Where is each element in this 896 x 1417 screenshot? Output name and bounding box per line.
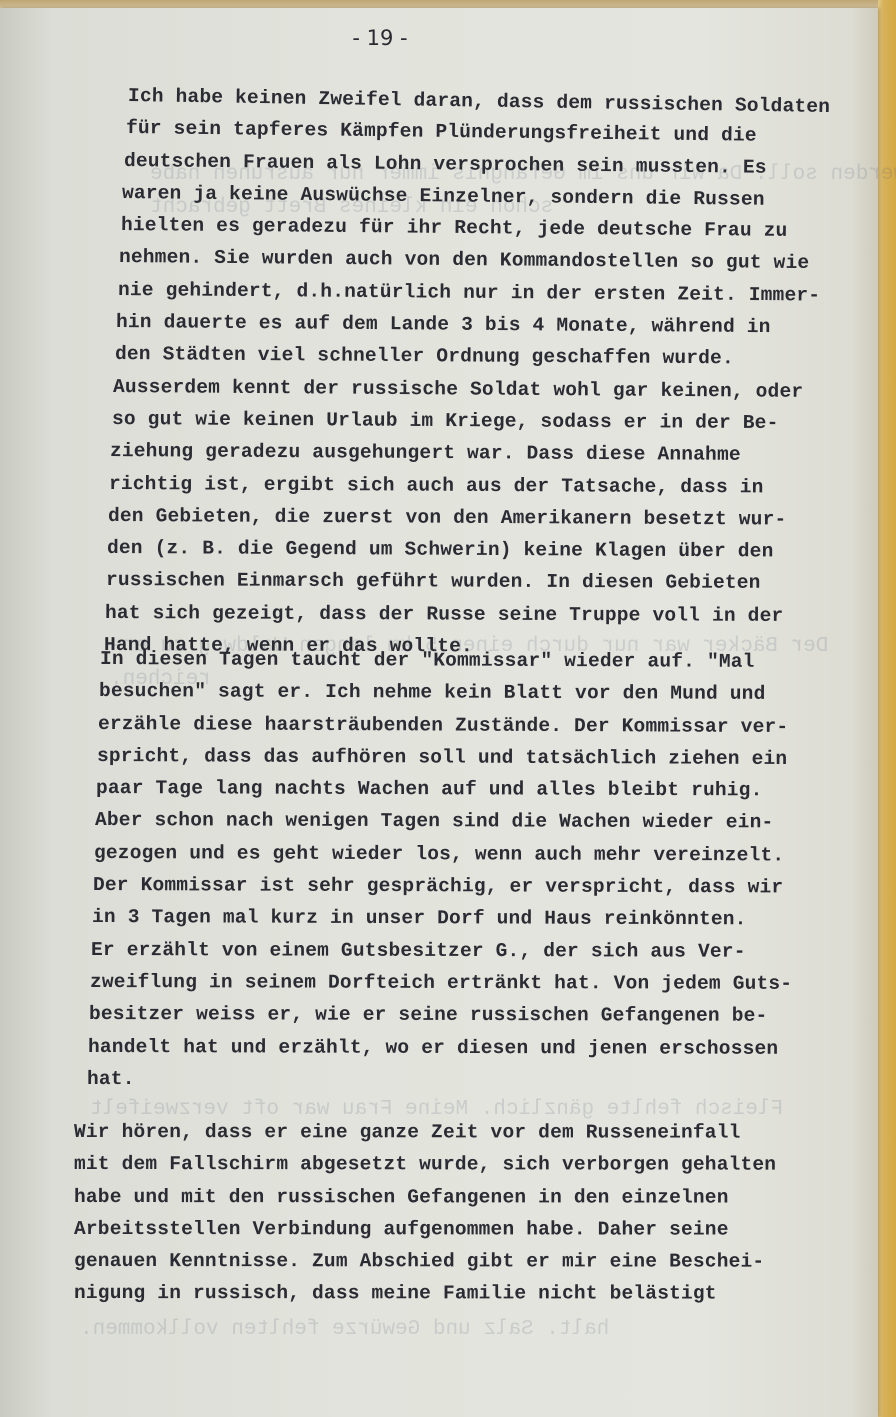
- text-line: erzähle diese haarsträubenden Zustände. …: [98, 708, 800, 743]
- bleed-through-line: halt. Salz und Gewürze fehlten vollkomme…: [80, 1313, 609, 1346]
- text-line: nigung in russisch, dass meine Familie n…: [74, 1277, 776, 1310]
- text-line: zweiflung in seinem Dorfteich ertränkt h…: [90, 966, 792, 1000]
- text-line: handelt hat und erzählt, wo er diesen un…: [88, 1031, 790, 1065]
- text-line: hat.: [87, 1063, 789, 1097]
- text-line: Wir hören, dass er eine ganze Zeit vor d…: [74, 1116, 776, 1149]
- text-line: hat sich gezeigt, dass der Russe seine T…: [105, 597, 807, 632]
- text-line: Der Kommissar ist sehr gesprächig, er ve…: [93, 869, 795, 904]
- text-line: mit dem Fallschirm abgesetzt wurde, sich…: [74, 1148, 776, 1181]
- text-line: russischen Einmarsch geführt wurden. In …: [106, 564, 808, 599]
- folder-edge: [878, 0, 896, 1417]
- text-line: richtig ist, ergibt sich auch aus der Ta…: [109, 468, 811, 504]
- text-line: Ausserdem kennt der russische Soldat woh…: [113, 371, 815, 408]
- text-line: ziehung geradezu ausgehungert war. Dass …: [110, 435, 812, 472]
- text-line: den (z. B. die Gegend um Schwerin) keine…: [107, 532, 809, 568]
- text-line: besuchen" sagt er. Ich nehme kein Blatt …: [99, 675, 801, 710]
- text-line: Arbeitsstellen Verbindung aufgenommen ha…: [74, 1213, 776, 1246]
- text-line: den Städten viel schneller Ordnung gesch…: [115, 338, 817, 375]
- text-line: besitzer weiss er, wie er seine russisch…: [89, 998, 791, 1032]
- text-line: spricht, dass das aufhören soll und tats…: [97, 740, 799, 775]
- paragraph: Wir hören, dass er eine ganze Zeit vor d…: [74, 1116, 776, 1310]
- paragraph: In diesen Tagen taucht der "Kommissar" w…: [100, 643, 802, 1095]
- page-number: - 19 -: [0, 26, 760, 50]
- typewritten-page: werden soll. Da wir uns im Gefängnis imm…: [0, 8, 878, 1417]
- text-line: so gut wie keinen Urlaub im Kriege, soda…: [112, 403, 814, 440]
- text-line: habe und mit den russischen Gefangenen i…: [74, 1181, 776, 1214]
- text-line: Aber schon nach wenigen Tagen sind die W…: [95, 804, 797, 839]
- text-line: In diesen Tagen taucht der "Kommissar" w…: [100, 643, 802, 678]
- text-line: genauen Kenntnisse. Zum Abschied gibt er…: [74, 1245, 776, 1278]
- text-line: paar Tage lang nachts Wachen auf und all…: [96, 772, 798, 807]
- text-line: gezogen und es geht wieder los, wenn auc…: [94, 837, 796, 872]
- text-line: Er erzählt von einem Gutsbesitzer G., de…: [91, 934, 793, 968]
- paragraph: Ich habe keinen Zweifel daran, dass dem …: [128, 80, 830, 661]
- text-line: den Gebieten, die zuerst von den Amerika…: [108, 500, 810, 536]
- text-line: in 3 Tagen mal kurz in unser Dorf und Ha…: [92, 901, 794, 936]
